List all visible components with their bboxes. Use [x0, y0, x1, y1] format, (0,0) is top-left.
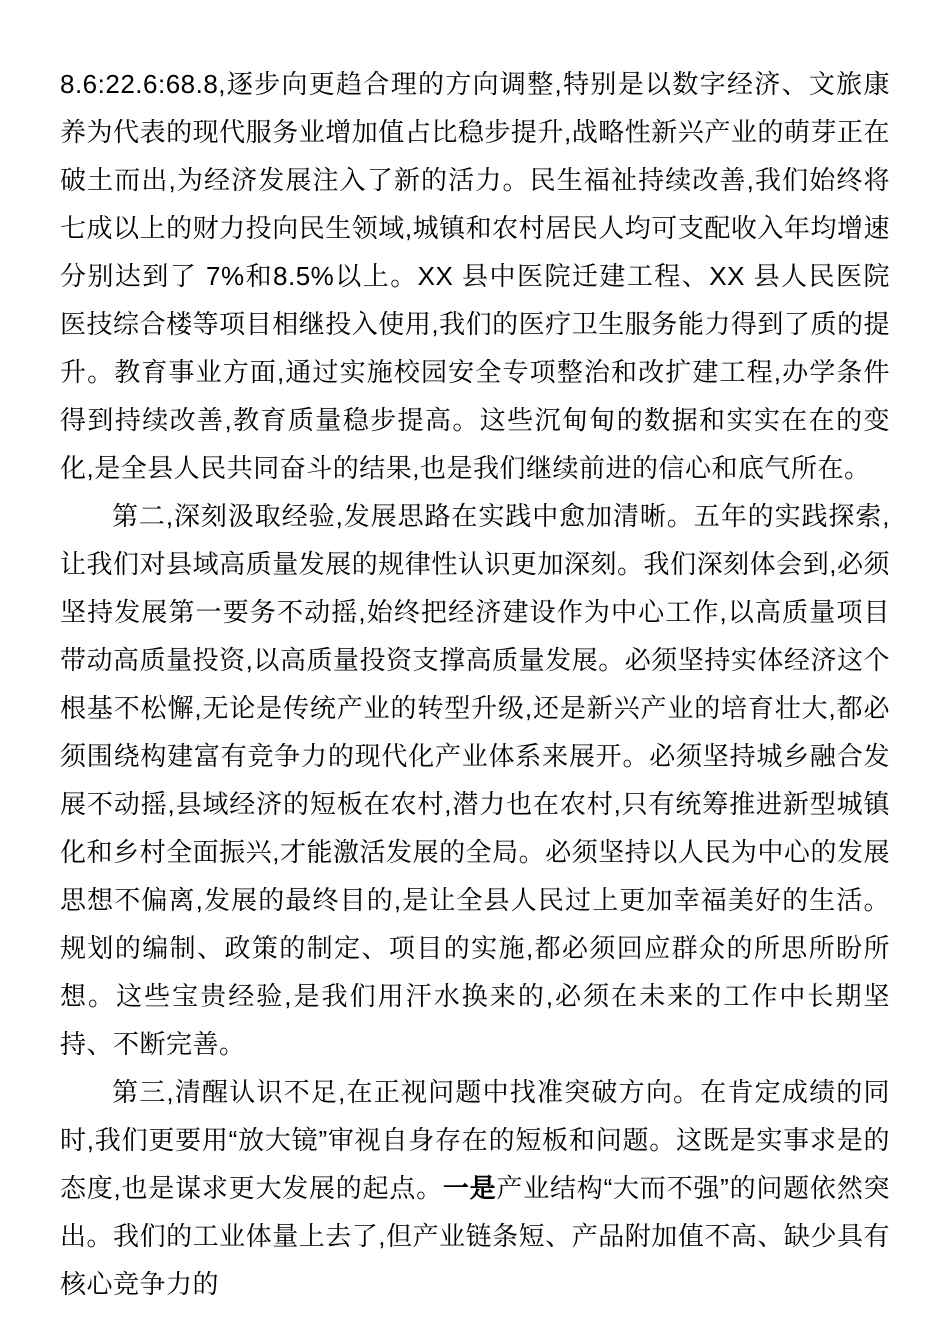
paragraph: 第二,深刻汲取经验,发展思路在实践中愈加清晰。五年的实践探索,让我们对县域高质量…	[60, 492, 890, 1068]
paragraph: 8.6:22.6:68.8,逐步向更趋合理的方向调整,特别是以数字经济、文旅康养…	[60, 60, 890, 492]
text-run: 8.6:22.6:68.8,逐步向更趋合理的方向调整,特别是以数字经济、文旅康养…	[60, 69, 890, 483]
text-run: 第二,深刻汲取经验,发展思路在实践中愈加清晰。五年的实践探索,让我们对县域高质量…	[60, 501, 890, 1059]
paragraph: 第三,清醒认识不足,在正视问题中找准突破方向。在肯定成绩的同时,我们更要用“放大…	[60, 1068, 890, 1308]
text-run: 一是	[443, 1173, 497, 1203]
document-body: 8.6:22.6:68.8,逐步向更趋合理的方向调整,特别是以数字经济、文旅康养…	[60, 60, 890, 1308]
document-page: 8.6:22.6:68.8,逐步向更趋合理的方向调整,特别是以数字经济、文旅康养…	[0, 0, 950, 1344]
